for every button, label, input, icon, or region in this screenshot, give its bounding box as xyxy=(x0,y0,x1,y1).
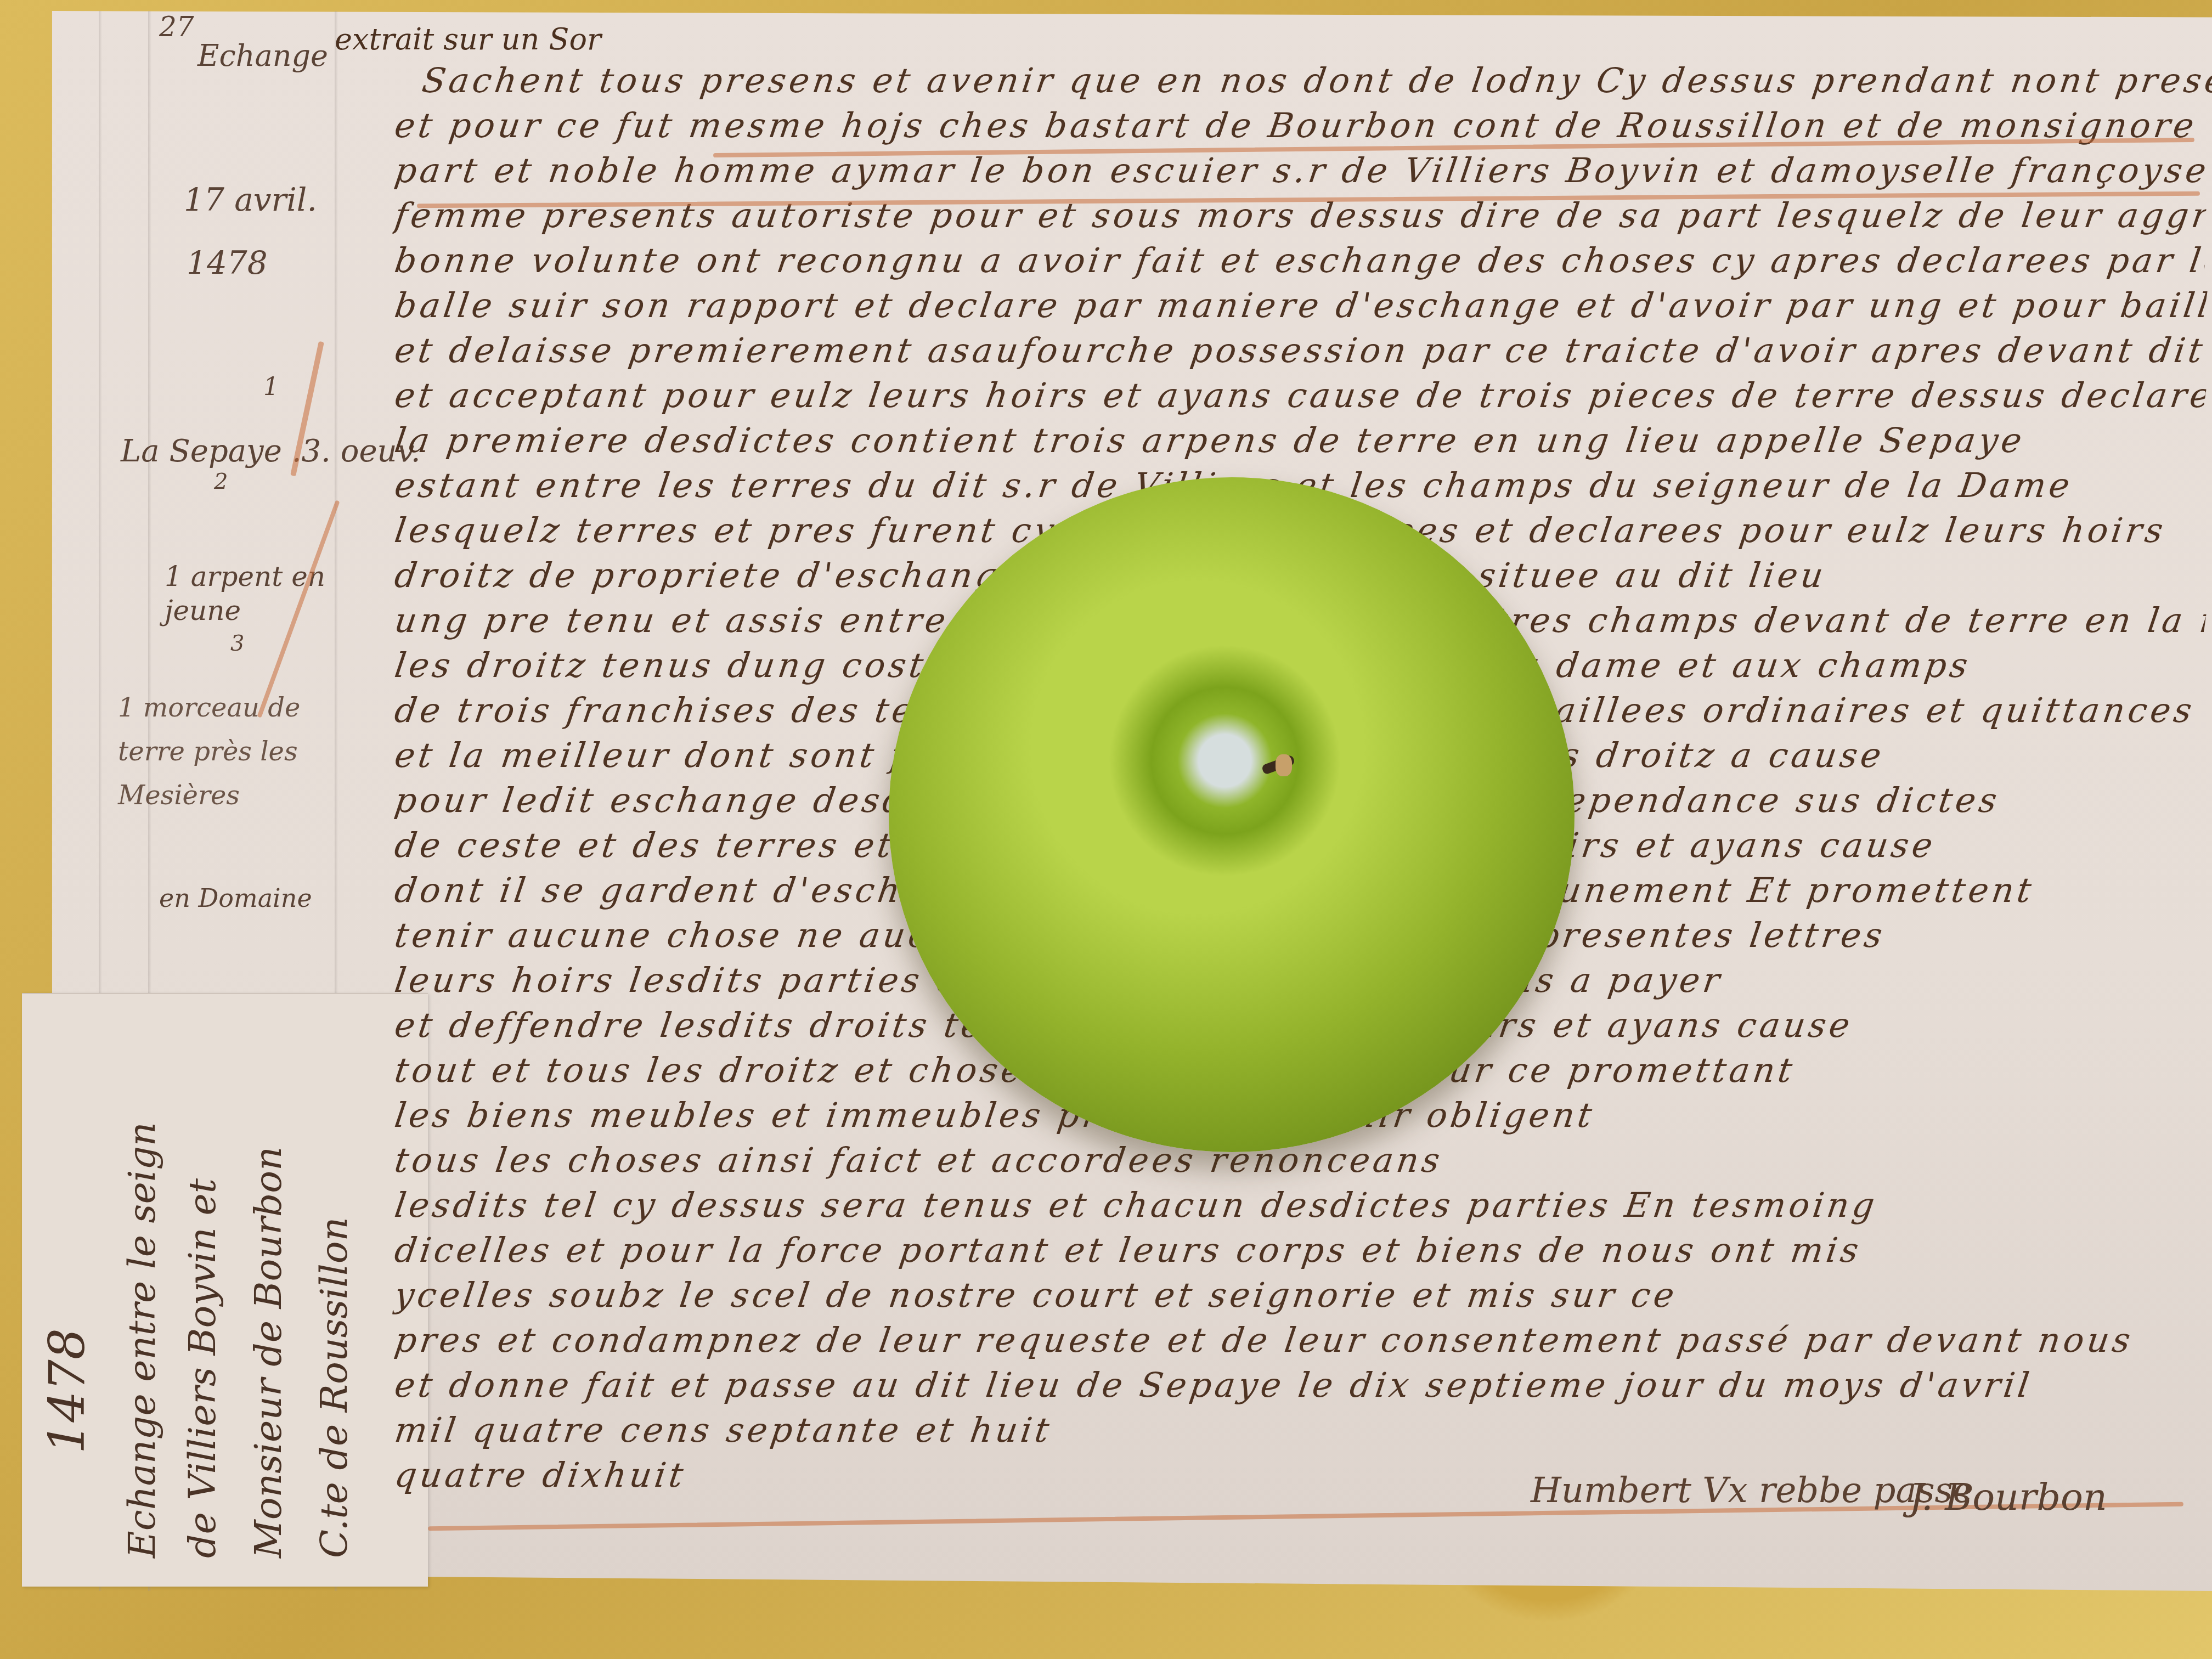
manuscript-line: lesdits tel cy dessus sera tenus et chac… xyxy=(392,1185,2208,1225)
margin-place: La Sepaye .3. oeuv. xyxy=(121,433,420,469)
archival-label-slip xyxy=(22,993,428,1587)
signature-left: Humbert Vx rebbe passe xyxy=(1531,1470,1973,1511)
margin-mark-1: 1 xyxy=(263,373,279,401)
manuscript-line: ycelles soubz le scel de nostre court et… xyxy=(392,1275,2208,1315)
green-apple xyxy=(889,477,1575,1152)
manuscript-line: et delaisse premierement asaufourche pos… xyxy=(392,330,2208,370)
manuscript-line: et acceptant pour eulz leurs hoirs et ay… xyxy=(392,375,2208,415)
margin-year: 1478 xyxy=(187,244,268,281)
manuscript-line: la premiere desdictes contient trois arp… xyxy=(392,420,2208,460)
margin-mark-3: 3 xyxy=(230,631,244,656)
manuscript-line: mil quatre cens septante et huit xyxy=(392,1410,2208,1450)
slip-line-3: Monsieur de Bourbon xyxy=(247,1147,290,1558)
manuscript-line: tous les choses ainsi faict et accordees… xyxy=(392,1140,2208,1180)
margin-date: 17 avril. xyxy=(184,181,317,218)
manuscript-line: balle suir son rapport et declare par ma… xyxy=(392,285,2208,325)
margin-item-2: 1 morceau de terre près les Mesières xyxy=(118,686,326,817)
manuscript-line: et pour ce fut mesme hojs ches bastart d… xyxy=(392,105,2208,145)
manuscript-line: bonne volunte ont recongnu a avoir fait … xyxy=(392,240,2208,280)
header-insert: extrait sur un Sor xyxy=(335,22,601,57)
slip-line-2: de Villiers Boyvin et xyxy=(181,1178,224,1558)
margin-title: Echange xyxy=(198,38,328,73)
signature-right: J. Bourbon xyxy=(1909,1476,2107,1519)
slip-year: 1478 xyxy=(38,1328,96,1454)
slip-line-4: C.te de Roussillon xyxy=(313,1217,356,1559)
manuscript-line: part et noble homme aymar le bon escuier… xyxy=(392,150,2208,190)
margin-folio-number: 27 xyxy=(159,11,194,43)
manuscript-line: Sachent tous presens et avenir que en no… xyxy=(420,60,2212,100)
slip-line-1: Echange entre le seign xyxy=(121,1122,164,1558)
margin-mark-2: 2 xyxy=(214,469,228,494)
manuscript-line: pres et condampnez de leur requeste et d… xyxy=(392,1320,2208,1360)
apple-stem-tip xyxy=(1276,754,1292,776)
manuscript-line: et donne fait et passe au dit lieu de Se… xyxy=(392,1365,2208,1405)
manuscript-line: dicelles et pour la force portant et leu… xyxy=(392,1230,2208,1270)
margin-domain: en Domaine xyxy=(159,883,312,913)
